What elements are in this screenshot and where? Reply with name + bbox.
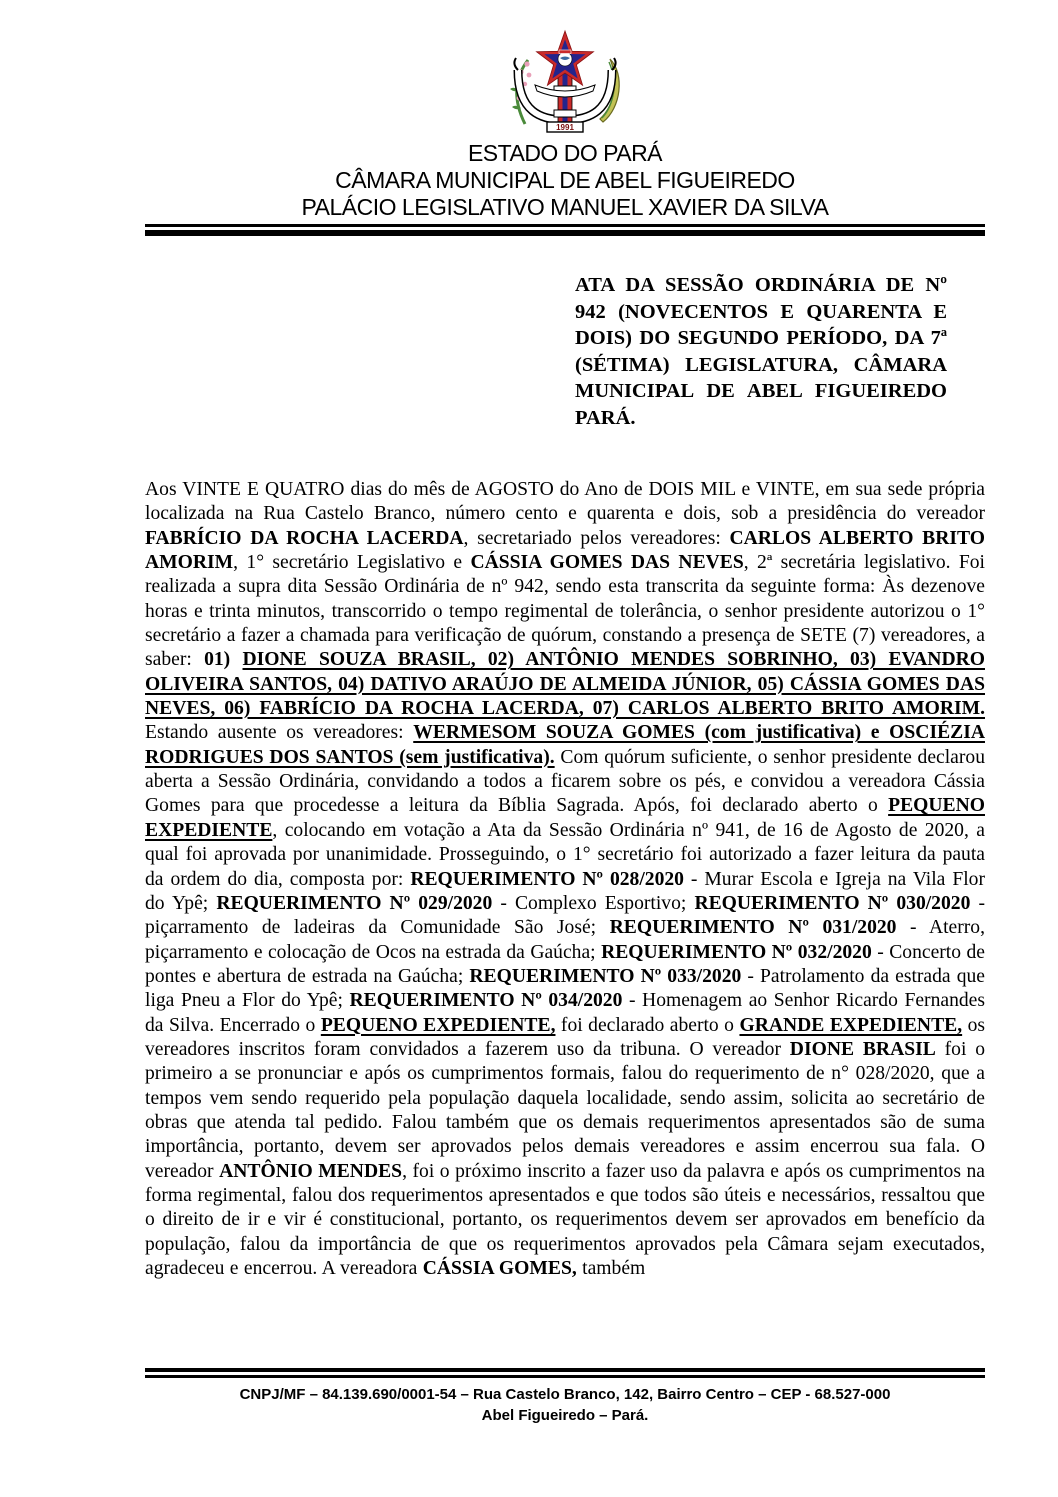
- text-run: REQUERIMENTO Nº 033/2020: [469, 966, 741, 987]
- session-title: ATA DA SESSÃO ORDINÁRIA DE Nº 942 (NOVEC…: [575, 272, 947, 431]
- text-run: DIONE SOUZA BRASIL, 02) ANTÔNIO MENDES S…: [145, 649, 985, 719]
- text-run: GRANDE EXPEDIENTE,: [739, 1015, 962, 1036]
- text-run: , 1° secretário Legislativo e: [233, 552, 470, 573]
- text-run: REQUERIMENTO Nº 029/2020: [216, 893, 492, 914]
- header-divider-rule: [145, 224, 985, 236]
- text-run: também: [577, 1258, 646, 1279]
- header-palace-line: PALÁCIO LEGISLATIVO MANUEL XAVIER DA SIL…: [145, 194, 985, 221]
- text-run: REQUERIMENTO Nº 028/2020: [410, 869, 684, 890]
- document-footer: CNPJ/MF – 84.139.690/0001-54 – Rua Caste…: [145, 1368, 985, 1426]
- header-chamber-line: CÂMARA MUNICIPAL DE ABEL FIGUEIREDO: [145, 167, 985, 194]
- footer-address: CNPJ/MF – 84.139.690/0001-54 – Rua Caste…: [145, 1384, 985, 1426]
- text-run: PEQUENO EXPEDIENTE,: [321, 1015, 556, 1036]
- text-run: REQUERIMENTO Nº 032/2020: [601, 942, 872, 963]
- pedestal-base: 1991: [547, 122, 583, 132]
- footer-city-line: Abel Figueiredo – Pará.: [145, 1405, 985, 1426]
- footer-divider-bottom-bar: [145, 1375, 985, 1378]
- footer-cnpj-line: CNPJ/MF – 84.139.690/0001-54 – Rua Caste…: [145, 1384, 985, 1405]
- text-run: , secretariado pelos vereadores:: [464, 528, 730, 549]
- text-run: Aos VINTE E QUATRO dias do mês de AGOSTO…: [145, 479, 985, 524]
- divider-thick-bar: [145, 230, 985, 236]
- text-run: FABRÍCIO DA ROCHA LACERDA: [145, 528, 464, 549]
- crest-column: [554, 74, 576, 124]
- text-run: REQUERIMENTO Nº 030/2020: [694, 893, 970, 914]
- text-run: CÁSSIA GOMES DAS NEVES: [470, 552, 743, 573]
- header-state-line: ESTADO DO PARÁ: [145, 140, 985, 167]
- document-page: 1991 ESTADO DO PARÁ CÂMARA MUNICIPAL DE …: [0, 0, 1058, 1497]
- text-run: REQUERIMENTO Nº 031/2020: [610, 917, 897, 938]
- text-run: 01): [204, 649, 242, 670]
- text-run: REQUERIMENTO Nº 034/2020: [349, 990, 622, 1011]
- text-run: Estando ausente os vereadores:: [145, 722, 413, 743]
- text-run: DIONE BRASIL: [790, 1039, 936, 1060]
- emblem-year: 1991: [556, 123, 574, 132]
- coat-of-arms-icon: 1991: [485, 28, 645, 136]
- text-run: ANTÔNIO MENDES: [219, 1161, 402, 1182]
- text-run: foi declarado aberto o: [555, 1015, 739, 1036]
- body-paragraph: Aos VINTE E QUATRO dias do mês de AGOSTO…: [145, 478, 985, 1281]
- text-run: - Complexo Esportivo;: [492, 893, 694, 914]
- text-run: CÁSSIA GOMES,: [423, 1258, 577, 1279]
- document-header: 1991 ESTADO DO PARÁ CÂMARA MUNICIPAL DE …: [145, 28, 985, 221]
- footer-divider-rule: [145, 1368, 985, 1378]
